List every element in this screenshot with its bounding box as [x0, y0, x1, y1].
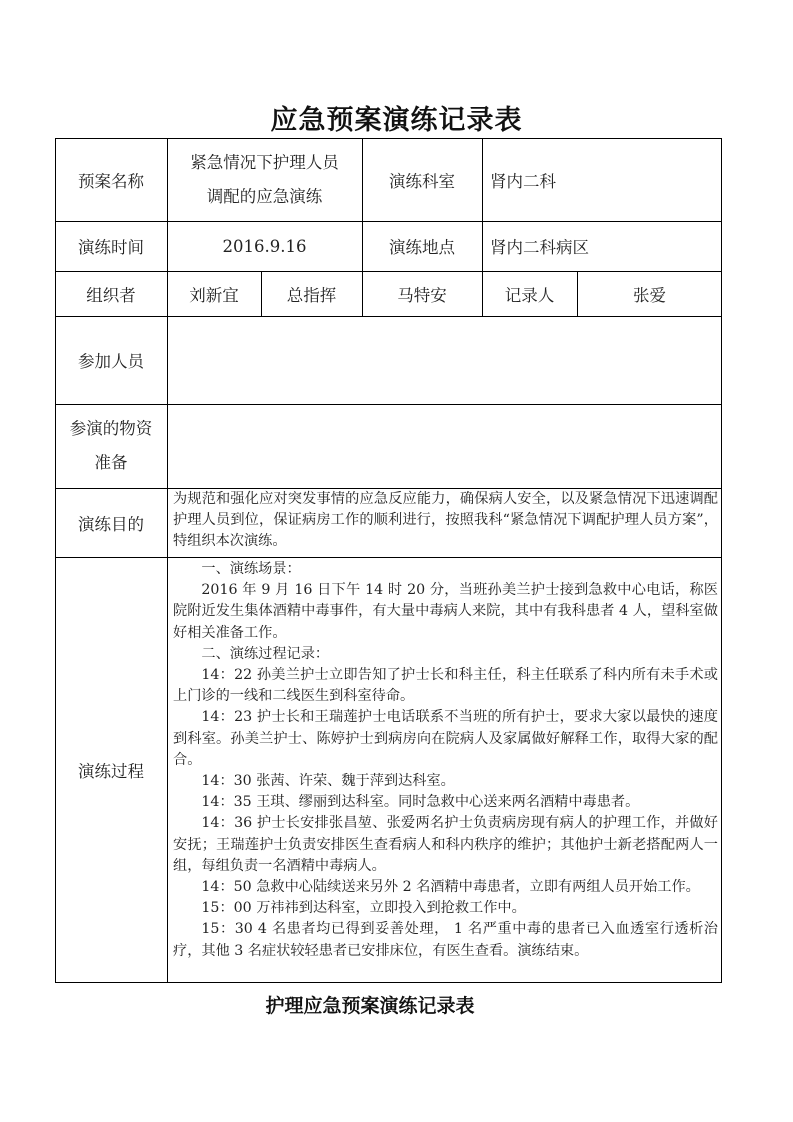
process-paragraph: 14：35 王琪、缪丽到达科室。同时急救中心送来两名酒精中毒患者。	[173, 792, 718, 813]
process-paragraph: 14：22 孙美兰护士立即告知了护士长和科主任，科主任联系了科内所有未手术或上门…	[173, 665, 718, 707]
process-paragraph: 15：00 万祎祎到达科室，立即投入到抢救工作中。	[173, 898, 718, 919]
commander-value: 马特安	[362, 271, 482, 316]
purpose-paragraph: 为规范和强化应对突发事情的应急反应能力，确保病人安全，以及紧急情况下迅速调配护理…	[173, 489, 718, 553]
plan-name-label: 预案名称	[55, 138, 167, 221]
process-paragraph: 15：30 4 名患者均已得到妥善处理， 1 名严重中毒的患者已入血透室行透析治…	[173, 919, 718, 961]
materials-label-line-1: 参演的物资	[70, 412, 153, 446]
purpose-label: 演练目的	[55, 488, 167, 557]
dept-label: 演练科室	[362, 138, 482, 221]
participants-value[interactable]	[167, 316, 722, 404]
materials-label: 参演的物资 准备	[55, 404, 167, 488]
process-text: 一、演练场景： 2016 年 9 月 16 日下午 14 时 20 分，当班孙美…	[173, 559, 718, 962]
recorder-value: 张爱	[577, 271, 722, 316]
section-subtitle: 护理应急预案演练记录表	[0, 991, 740, 1018]
materials-label-line-2: 准备	[95, 446, 128, 480]
process-paragraph: 一、演练场景：	[173, 559, 718, 580]
place-label: 演练地点	[362, 221, 482, 271]
commander-label: 总指挥	[261, 271, 362, 316]
organizer-value: 刘新宜	[167, 271, 261, 316]
document-title: 应急预案演练记录表	[0, 98, 793, 137]
materials-value[interactable]	[167, 404, 722, 488]
organizer-label: 组织者	[55, 271, 167, 316]
plan-name-value: 紧急情况下护理人员 调配的应急演练	[167, 138, 362, 221]
process-paragraph: 2016 年 9 月 16 日下午 14 时 20 分，当班孙美兰护士接到急救中…	[173, 580, 718, 644]
time-value: 2016.9.16	[167, 221, 362, 271]
process-paragraph: 14：30 张茜、许荣、魏于萍到达科室。	[173, 771, 718, 792]
process-paragraph: 二、演练过程记录：	[173, 644, 718, 665]
process-label: 演练过程	[55, 557, 167, 983]
plan-name-line-1: 紧急情况下护理人员	[190, 146, 339, 180]
plan-name-line-2: 调配的应急演练	[207, 180, 323, 214]
participants-label: 参加人员	[55, 316, 167, 404]
purpose-text: 为规范和强化应对突发事情的应急反应能力，确保病人安全，以及紧急情况下迅速调配护理…	[173, 489, 718, 553]
process-paragraph: 14：50 急救中心陆续送来另外 2 名酒精中毒患者，立即有两组人员开始工作。	[173, 877, 718, 898]
recorder-label: 记录人	[482, 271, 577, 316]
time-label: 演练时间	[55, 221, 167, 271]
process-paragraph: 14：23 护士长和王瑞莲护士电话联系不当班的所有护士，要求大家以最快的速度到科…	[173, 707, 718, 771]
process-paragraph: 14：36 护士长安排张昌堃、张爱两名护士负责病房现有病人的护理工作，并做好安抚…	[173, 813, 718, 877]
dept-value: 肾内二科	[482, 138, 722, 221]
place-value: 肾内二科病区	[482, 221, 722, 271]
